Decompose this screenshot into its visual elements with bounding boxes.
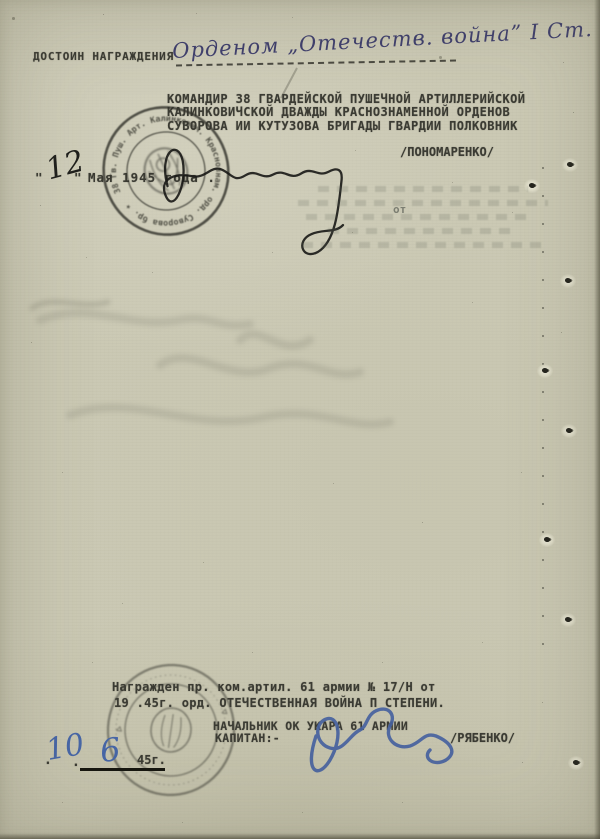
bleedthrough-handwriting [10,280,550,460]
scan-edge-right [594,0,600,839]
registrar-signature [288,698,473,783]
bottom-date-year: 45г. [137,753,166,767]
scanned-award-document: ДОСТОИН НАГРАЖДЕНИЯ Орденом „Отечеств. в… [0,0,600,839]
commander-line-2: КАЛИНКОВИЧСКОЙ ДВАЖДЫ КРАСНОЗНАМЕННОЙ ОР… [167,106,525,119]
bleedthrough-fragment: от [393,203,406,216]
paper-speckles [0,0,1,1]
date-close-quote: " [74,170,82,185]
bleedthrough-text-area [298,186,566,256]
wormhole [539,533,555,547]
award-handwriting: Орденом „Отечеств. война” I Ст. [172,17,594,63]
wormhole [568,756,584,770]
wormhole [562,158,578,172]
scan-edge-bottom [0,833,600,839]
wormhole [560,613,576,627]
bottom-date-underline [80,768,165,771]
date-open-quote: " [35,170,43,185]
wormhole [561,424,577,438]
bottom-date-day: 10 [43,727,87,768]
bottom-date-month: 6 [98,730,122,770]
wormhole [560,274,576,288]
verdict-label: ДОСТОИН НАГРАЖДЕНИЯ [33,50,174,63]
bottom-date-dot-2: . [72,755,80,770]
commander-name: /ПОНОМАРЕНКО/ [400,145,494,159]
